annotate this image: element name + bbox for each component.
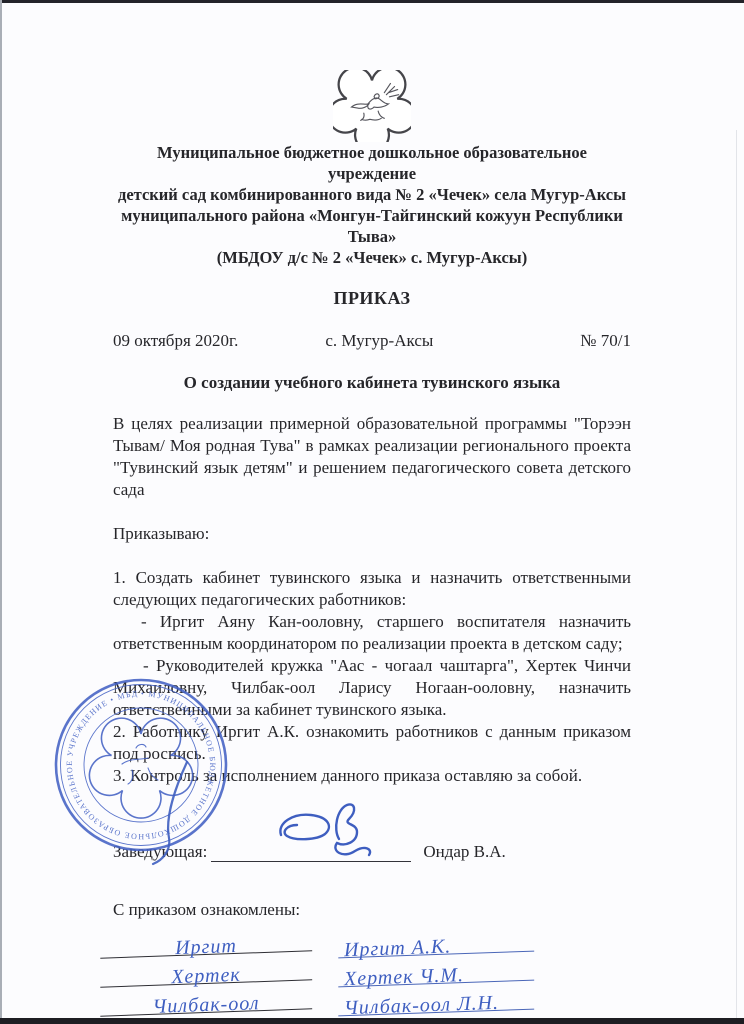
scan-edge-right (736, 130, 737, 1018)
acknowledgement-row: Иргит Иргит А.К. (100, 926, 631, 955)
org-header-line: Муниципальное бюджетное дошкольное образ… (113, 142, 631, 184)
acknowledgement-rows: Иргит Иргит А.К. Хертек Хертек Ч.М. Чилб… (100, 926, 631, 1013)
director-signature-block: Заведующая: Ондар В.А. (113, 839, 631, 862)
org-header-line: детский сад комбинированного вида № 2 «Ч… (113, 184, 631, 205)
organization-emblem-icon (333, 70, 411, 147)
org-header-line: муниципального района «Монгун-Тайгинский… (113, 205, 631, 247)
document-body: Муниципальное бюджетное дошкольное образ… (113, 142, 631, 1013)
scanned-order-page: Муниципальное бюджетное дошкольное образ… (0, 0, 744, 1024)
order-meta-row: 09 октября 2020г. с. Мугур-Аксы № 70/1 (113, 331, 631, 351)
order-date: 09 октября 2020г. (113, 331, 238, 351)
order-title: ПРИКАЗ (113, 288, 631, 309)
order-item-2: 2. Работнику Иргит А.К. ознакомить работ… (113, 721, 631, 765)
scan-edge-left (0, 0, 2, 1024)
director-signature-scribble (273, 799, 393, 861)
ack-name-handwritten: Чилбак-оол Л.Н. (338, 995, 534, 1017)
order-item-3: 3. Контроль за исполнением данного прика… (113, 765, 631, 787)
scan-edge-top (0, 0, 744, 3)
order-item-1b: - Руководителей кружка "Аас - чогаал чаш… (113, 655, 631, 721)
organization-header: Муниципальное бюджетное дошкольное образ… (113, 142, 631, 268)
signature-line (211, 839, 411, 862)
order-verb: Приказываю: (113, 523, 631, 545)
ack-signature-handwritten: Чилбак-оол (100, 994, 312, 1016)
org-header-line: (МБДОУ д/с № 2 «Чечек» с. Мугур-Аксы) (113, 247, 631, 268)
order-subject: О создании учебного кабинета тувинского … (113, 373, 631, 393)
order-item-1a: - Иргит Аяну Кан-ооловну, старшего воспи… (113, 611, 631, 655)
order-number: № 70/1 (580, 331, 631, 351)
director-name: Ондар В.А. (423, 842, 505, 862)
order-item-1: 1. Создать кабинет тувинского языка и на… (113, 567, 631, 611)
acknowledgement-label: С приказом ознакомлены: (113, 900, 631, 920)
director-role-label: Заведующая: (113, 842, 207, 862)
scan-edge-bottom (0, 1018, 744, 1024)
order-preamble: В целях реализации примерной образовател… (113, 413, 631, 501)
order-items: 1. Создать кабинет тувинского языка и на… (113, 567, 631, 787)
order-place: с. Мугур-Аксы (325, 331, 433, 351)
